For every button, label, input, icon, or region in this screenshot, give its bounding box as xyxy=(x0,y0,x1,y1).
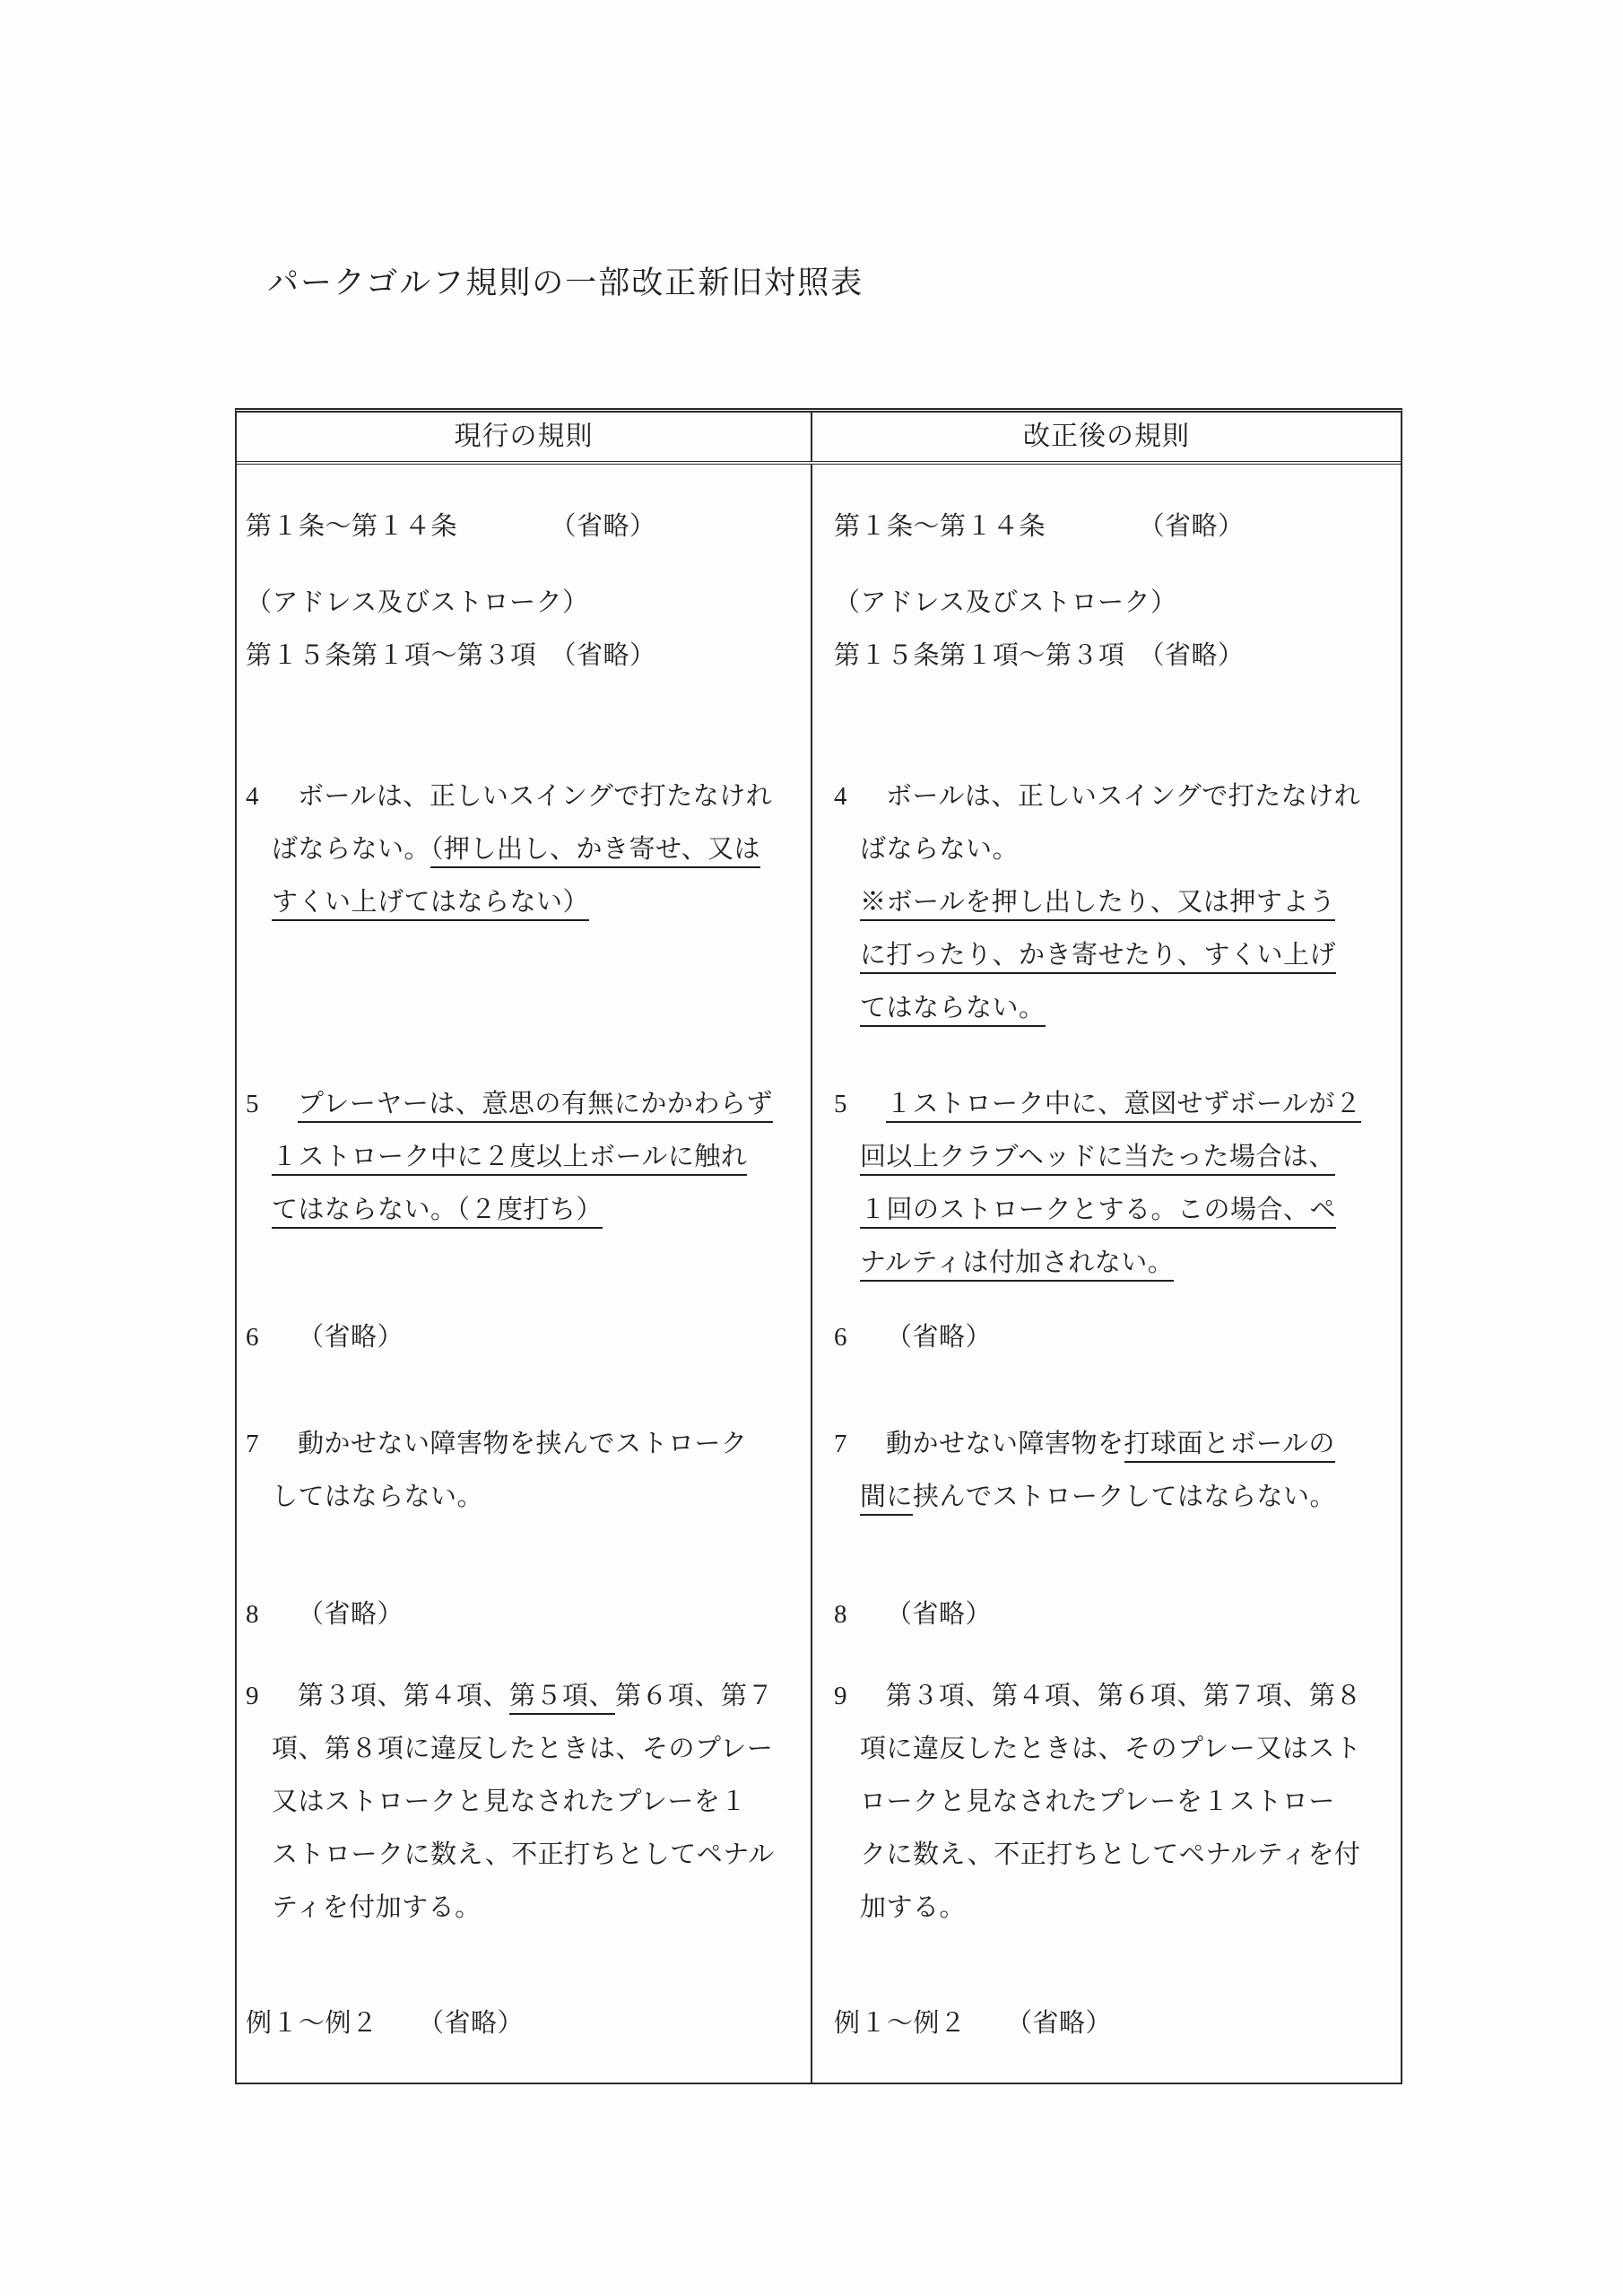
rule-line: に打ったり、かき寄せたり、すくい上げ xyxy=(834,929,1395,982)
revision-underline: 打球面とボールの xyxy=(1124,1430,1335,1463)
rule-line: てはならない。（２度打ち） xyxy=(246,1184,805,1237)
rule-text: 例１～例２ （省略） xyxy=(834,2009,1112,2038)
rule-text: 第３項、第４項、第６項、第７項、第８ xyxy=(886,1682,1362,1710)
table-body: 第１条～第１４条 （省略）第１条～第１４条 （省略）（アドレス及びストローク）第… xyxy=(237,465,1401,2083)
rule-cell-left-item-5: 5プレーヤーは、意思の有無にかかわらず１ストローク中に２度以上ボールに触れてはな… xyxy=(237,1078,811,1311)
rule-cell-right-item-7: 7動かせない障害物を打球面とボールの間に挟んでストロークしてはならない。 xyxy=(811,1418,1401,1588)
rule-line: してはならない。 xyxy=(246,1471,805,1524)
rule-line: 又はストロークと見なされたプレーを１ xyxy=(246,1776,805,1829)
rule-text: （省略） xyxy=(298,1600,404,1629)
rule-line: （アドレス及びストローク） xyxy=(834,577,1395,630)
rule-line: 8（省略） xyxy=(834,1588,1395,1641)
rule-cell-left-item-9: 9第３項、第４項、第５項、第６項、第７項、第８項に違反したときは、そのプレー又は… xyxy=(237,1670,811,1997)
table-row-item-5: 5プレーヤーは、意思の有無にかかわらず１ストローク中に２度以上ボールに触れてはな… xyxy=(237,1078,1401,1311)
item-number: 8 xyxy=(246,1588,298,1641)
rule-text: ティを付加する。 xyxy=(272,1893,482,1922)
rule-cell-left-address-and-stroke: （アドレス及びストローク）第１５条第１項～第３項 （省略） xyxy=(237,577,811,770)
rule-line: すくい上げてはならない） xyxy=(246,876,805,929)
item-number: 5 xyxy=(246,1078,298,1131)
item-number: 4 xyxy=(246,770,298,823)
table-row-item-9: 9第３項、第４項、第５項、第６項、第７項、第８項に違反したときは、そのプレー又は… xyxy=(237,1670,1401,1997)
item-number: 6 xyxy=(246,1311,298,1364)
revision-underline: １ストローク中に２度以上ボールに触れ xyxy=(272,1143,747,1176)
table-row-item-6: 6（省略）6（省略） xyxy=(237,1311,1401,1418)
rule-text: ばならない。 xyxy=(272,835,430,864)
rule-text: 挟んでストロークしてはならない。 xyxy=(913,1483,1336,1511)
item-number: 6 xyxy=(834,1311,886,1364)
rule-text: 動かせない障害物を挟んでストローク xyxy=(298,1430,748,1458)
rule-cell-left-item-6: 6（省略） xyxy=(237,1311,811,1418)
rule-text: 項に違反したときは、そのプレー又はスト xyxy=(860,1735,1361,1763)
rule-line: 5１ストローク中に、意図せずボールが２ xyxy=(834,1078,1395,1131)
item-number: 9 xyxy=(834,1670,886,1723)
rule-line: ティを付加する。 xyxy=(246,1882,805,1935)
rule-text: （省略） xyxy=(886,1323,992,1352)
revision-underline: 第５項、 xyxy=(509,1682,615,1715)
header-revised-rules: 改正後の規則 xyxy=(811,413,1401,461)
revision-underline: ナルティは付加されない。 xyxy=(860,1248,1174,1282)
rule-cell-left-item-8: 8（省略） xyxy=(237,1588,811,1670)
rule-text: 動かせない障害物を xyxy=(886,1430,1124,1458)
rule-cell-left-articles-1-14: 第１条～第１４条 （省略） xyxy=(237,465,811,577)
rule-line: ストロークに数え、不正打ちとしてペナル xyxy=(246,1829,805,1882)
rule-text: （アドレス及びストローク） xyxy=(834,588,1177,617)
item-number: 8 xyxy=(834,1588,886,1641)
item-number: 7 xyxy=(834,1418,886,1471)
rule-text: 又はストロークと見なされたプレーを１ xyxy=(272,1787,747,1816)
revision-underline: プレーヤーは、意思の有無にかかわらず xyxy=(298,1090,773,1123)
rule-text: ボールは、正しいスイングで打たなけれ xyxy=(886,782,1360,811)
rule-cell-left-item-4: 4ボールは、正しいスイングで打たなければならない。（押し出し、かき寄せ、又はすく… xyxy=(237,770,811,1078)
revision-underline: （押し出し、かき寄せ、又は xyxy=(430,835,760,868)
rule-line: 7動かせない障害物を打球面とボールの xyxy=(834,1418,1395,1471)
table-row-item-4: 4ボールは、正しいスイングで打たなければならない。（押し出し、かき寄せ、又はすく… xyxy=(237,770,1401,1078)
rule-line: 6（省略） xyxy=(834,1311,1395,1364)
rule-cell-right-item-5: 5１ストローク中に、意図せずボールが２回以上クラブヘッドに当たった場合は、１回の… xyxy=(811,1078,1401,1311)
item-number: 4 xyxy=(834,770,886,823)
rule-line: ばならない。（押し出し、かき寄せ、又は xyxy=(246,823,805,876)
rule-line: 5プレーヤーは、意思の有無にかかわらず xyxy=(246,1078,805,1131)
rule-line: （アドレス及びストローク） xyxy=(246,577,805,630)
rule-line: １回のストロークとする。この場合、ペ xyxy=(834,1184,1395,1237)
rule-cell-right-item-6: 6（省略） xyxy=(811,1311,1401,1418)
rule-text: 第３項、第４項、 xyxy=(298,1682,509,1710)
rule-text: 第６項、第７ xyxy=(615,1682,774,1710)
revision-underline: １ストローク中に、意図せずボールが２ xyxy=(886,1090,1361,1123)
revision-underline: ※ボールを押し出したり、又は押すよう xyxy=(860,888,1335,921)
item-number: 7 xyxy=(246,1418,298,1471)
comparison-table: 現行の規則 改正後の規則 第１条～第１４条 （省略）第１条～第１４条 （省略）（… xyxy=(235,408,1402,2084)
rule-text: ロークと見なされたプレーを１ストロー xyxy=(860,1787,1335,1816)
rule-line: 4ボールは、正しいスイングで打たなけれ xyxy=(834,770,1395,823)
rule-line: ばならない。 xyxy=(834,823,1395,876)
rule-line: 加する。 xyxy=(834,1882,1395,1935)
rule-line: 第１５条第１項～第３項 （省略） xyxy=(834,630,1395,683)
revision-underline: に打ったり、かき寄せたり、すくい上げ xyxy=(860,941,1336,974)
revision-underline: てはならない。（２度打ち） xyxy=(272,1196,603,1229)
rule-line: 回以上クラブヘッドに当たった場合は、 xyxy=(834,1131,1395,1184)
rule-cell-right-item-9: 9第３項、第４項、第６項、第７項、第８項に違反したときは、そのプレー又はストロー… xyxy=(811,1670,1401,1997)
rule-text: （省略） xyxy=(886,1600,992,1629)
rule-line: 第１条～第１４条 （省略） xyxy=(246,500,805,553)
rule-line: 9第３項、第４項、第６項、第７項、第８ xyxy=(834,1670,1395,1723)
rule-text: （アドレス及びストローク） xyxy=(246,588,589,617)
rule-line: 4ボールは、正しいスイングで打たなけれ xyxy=(246,770,805,823)
rule-cell-right-address-and-stroke: （アドレス及びストローク）第１５条第１項～第３項 （省略） xyxy=(811,577,1401,770)
rule-cell-right-articles-1-14: 第１条～第１４条 （省略） xyxy=(811,465,1401,577)
revision-underline: すくい上げてはならない） xyxy=(272,888,589,921)
item-number: 9 xyxy=(246,1670,298,1723)
rule-text: ストロークに数え、不正打ちとしてペナル xyxy=(272,1840,775,1869)
rule-line: 第１条～第１４条 （省略） xyxy=(834,500,1395,553)
rule-text: （省略） xyxy=(298,1323,404,1352)
rule-text: クに数え、不正打ちとしてペナルティを付 xyxy=(860,1840,1360,1869)
rule-cell-right-item-8: 8（省略） xyxy=(811,1588,1401,1670)
rule-line: 8（省略） xyxy=(246,1588,805,1641)
rule-line: 9第３項、第４項、第５項、第６項、第７ xyxy=(246,1670,805,1723)
document-page: パークゴルフ規則の一部改正新旧対照表 現行の規則 改正後の規則 第１条～第１４条… xyxy=(0,0,1623,2296)
rule-text: 加する。 xyxy=(860,1893,966,1922)
table-header-row: 現行の規則 改正後の規則 xyxy=(237,413,1401,465)
rule-text: 第１条～第１４条 （省略） xyxy=(246,512,656,541)
revision-underline: １回のストロークとする。この場合、ペ xyxy=(860,1196,1336,1229)
rule-text: ボールは、正しいスイングで打たなけれ xyxy=(298,782,772,811)
rule-line: ※ボールを押し出したり、又は押すよう xyxy=(834,876,1395,929)
rule-line: 項、第８項に違反したときは、そのプレー xyxy=(246,1723,805,1776)
rule-line: てはならない。 xyxy=(834,982,1395,1035)
item-number: 5 xyxy=(834,1078,886,1131)
rule-line: 間に挟んでストロークしてはならない。 xyxy=(834,1471,1395,1524)
rule-text: 第１５条第１項～第３項 （省略） xyxy=(834,641,1245,670)
revision-underline: 間に xyxy=(860,1483,913,1516)
rule-cell-right-item-4: 4ボールは、正しいスイングで打たなければならない。※ボールを押し出したり、又は押… xyxy=(811,770,1401,1078)
page-title: パークゴルフ規則の一部改正新旧対照表 xyxy=(267,258,864,303)
rule-line: 項に違反したときは、そのプレー又はスト xyxy=(834,1723,1395,1776)
rule-cell-left-item-7: 7動かせない障害物を挟んでストロークしてはならない。 xyxy=(237,1418,811,1588)
rule-line: ナルティは付加されない。 xyxy=(834,1237,1395,1290)
rule-cell-right-examples: 例１～例２ （省略） xyxy=(811,1997,1401,2083)
table-row-item-7: 7動かせない障害物を挟んでストロークしてはならない。7動かせない障害物を打球面と… xyxy=(237,1418,1401,1588)
rule-line: １ストローク中に２度以上ボールに触れ xyxy=(246,1131,805,1184)
rule-text: してはならない。 xyxy=(272,1483,483,1511)
rule-line: 6（省略） xyxy=(246,1311,805,1364)
revision-underline: 回以上クラブヘッドに当たった場合は、 xyxy=(860,1143,1335,1176)
rule-text: ばならない。 xyxy=(860,835,1019,864)
rule-line: ロークと見なされたプレーを１ストロー xyxy=(834,1776,1395,1829)
rule-text: 例１～例２ （省略） xyxy=(246,2009,524,2038)
rule-text: 項、第８項に違反したときは、そのプレー xyxy=(272,1735,773,1763)
revision-underline: てはならない。 xyxy=(860,994,1046,1027)
table-row-examples: 例１～例２ （省略）例１～例２ （省略） xyxy=(237,1997,1401,2083)
rule-cell-left-examples: 例１～例２ （省略） xyxy=(237,1997,811,2083)
rule-text: 第１条～第１４条 （省略） xyxy=(834,512,1245,541)
rule-line: 7動かせない障害物を挟んでストローク xyxy=(246,1418,805,1471)
table-row-item-8: 8（省略）8（省略） xyxy=(237,1588,1401,1670)
header-current-rules: 現行の規則 xyxy=(237,413,811,461)
rule-line: 第１５条第１項～第３項 （省略） xyxy=(246,630,805,683)
rule-line: クに数え、不正打ちとしてペナルティを付 xyxy=(834,1829,1395,1882)
rule-line: 例１～例２ （省略） xyxy=(834,1997,1395,2050)
table-row-articles-1-14: 第１条～第１４条 （省略）第１条～第１４条 （省略） xyxy=(237,465,1401,577)
table-row-address-and-stroke: （アドレス及びストローク）第１５条第１項～第３項 （省略）（アドレス及びストロー… xyxy=(237,577,1401,770)
rule-line: 例１～例２ （省略） xyxy=(246,1997,805,2050)
rule-text: 第１５条第１項～第３項 （省略） xyxy=(246,641,656,670)
